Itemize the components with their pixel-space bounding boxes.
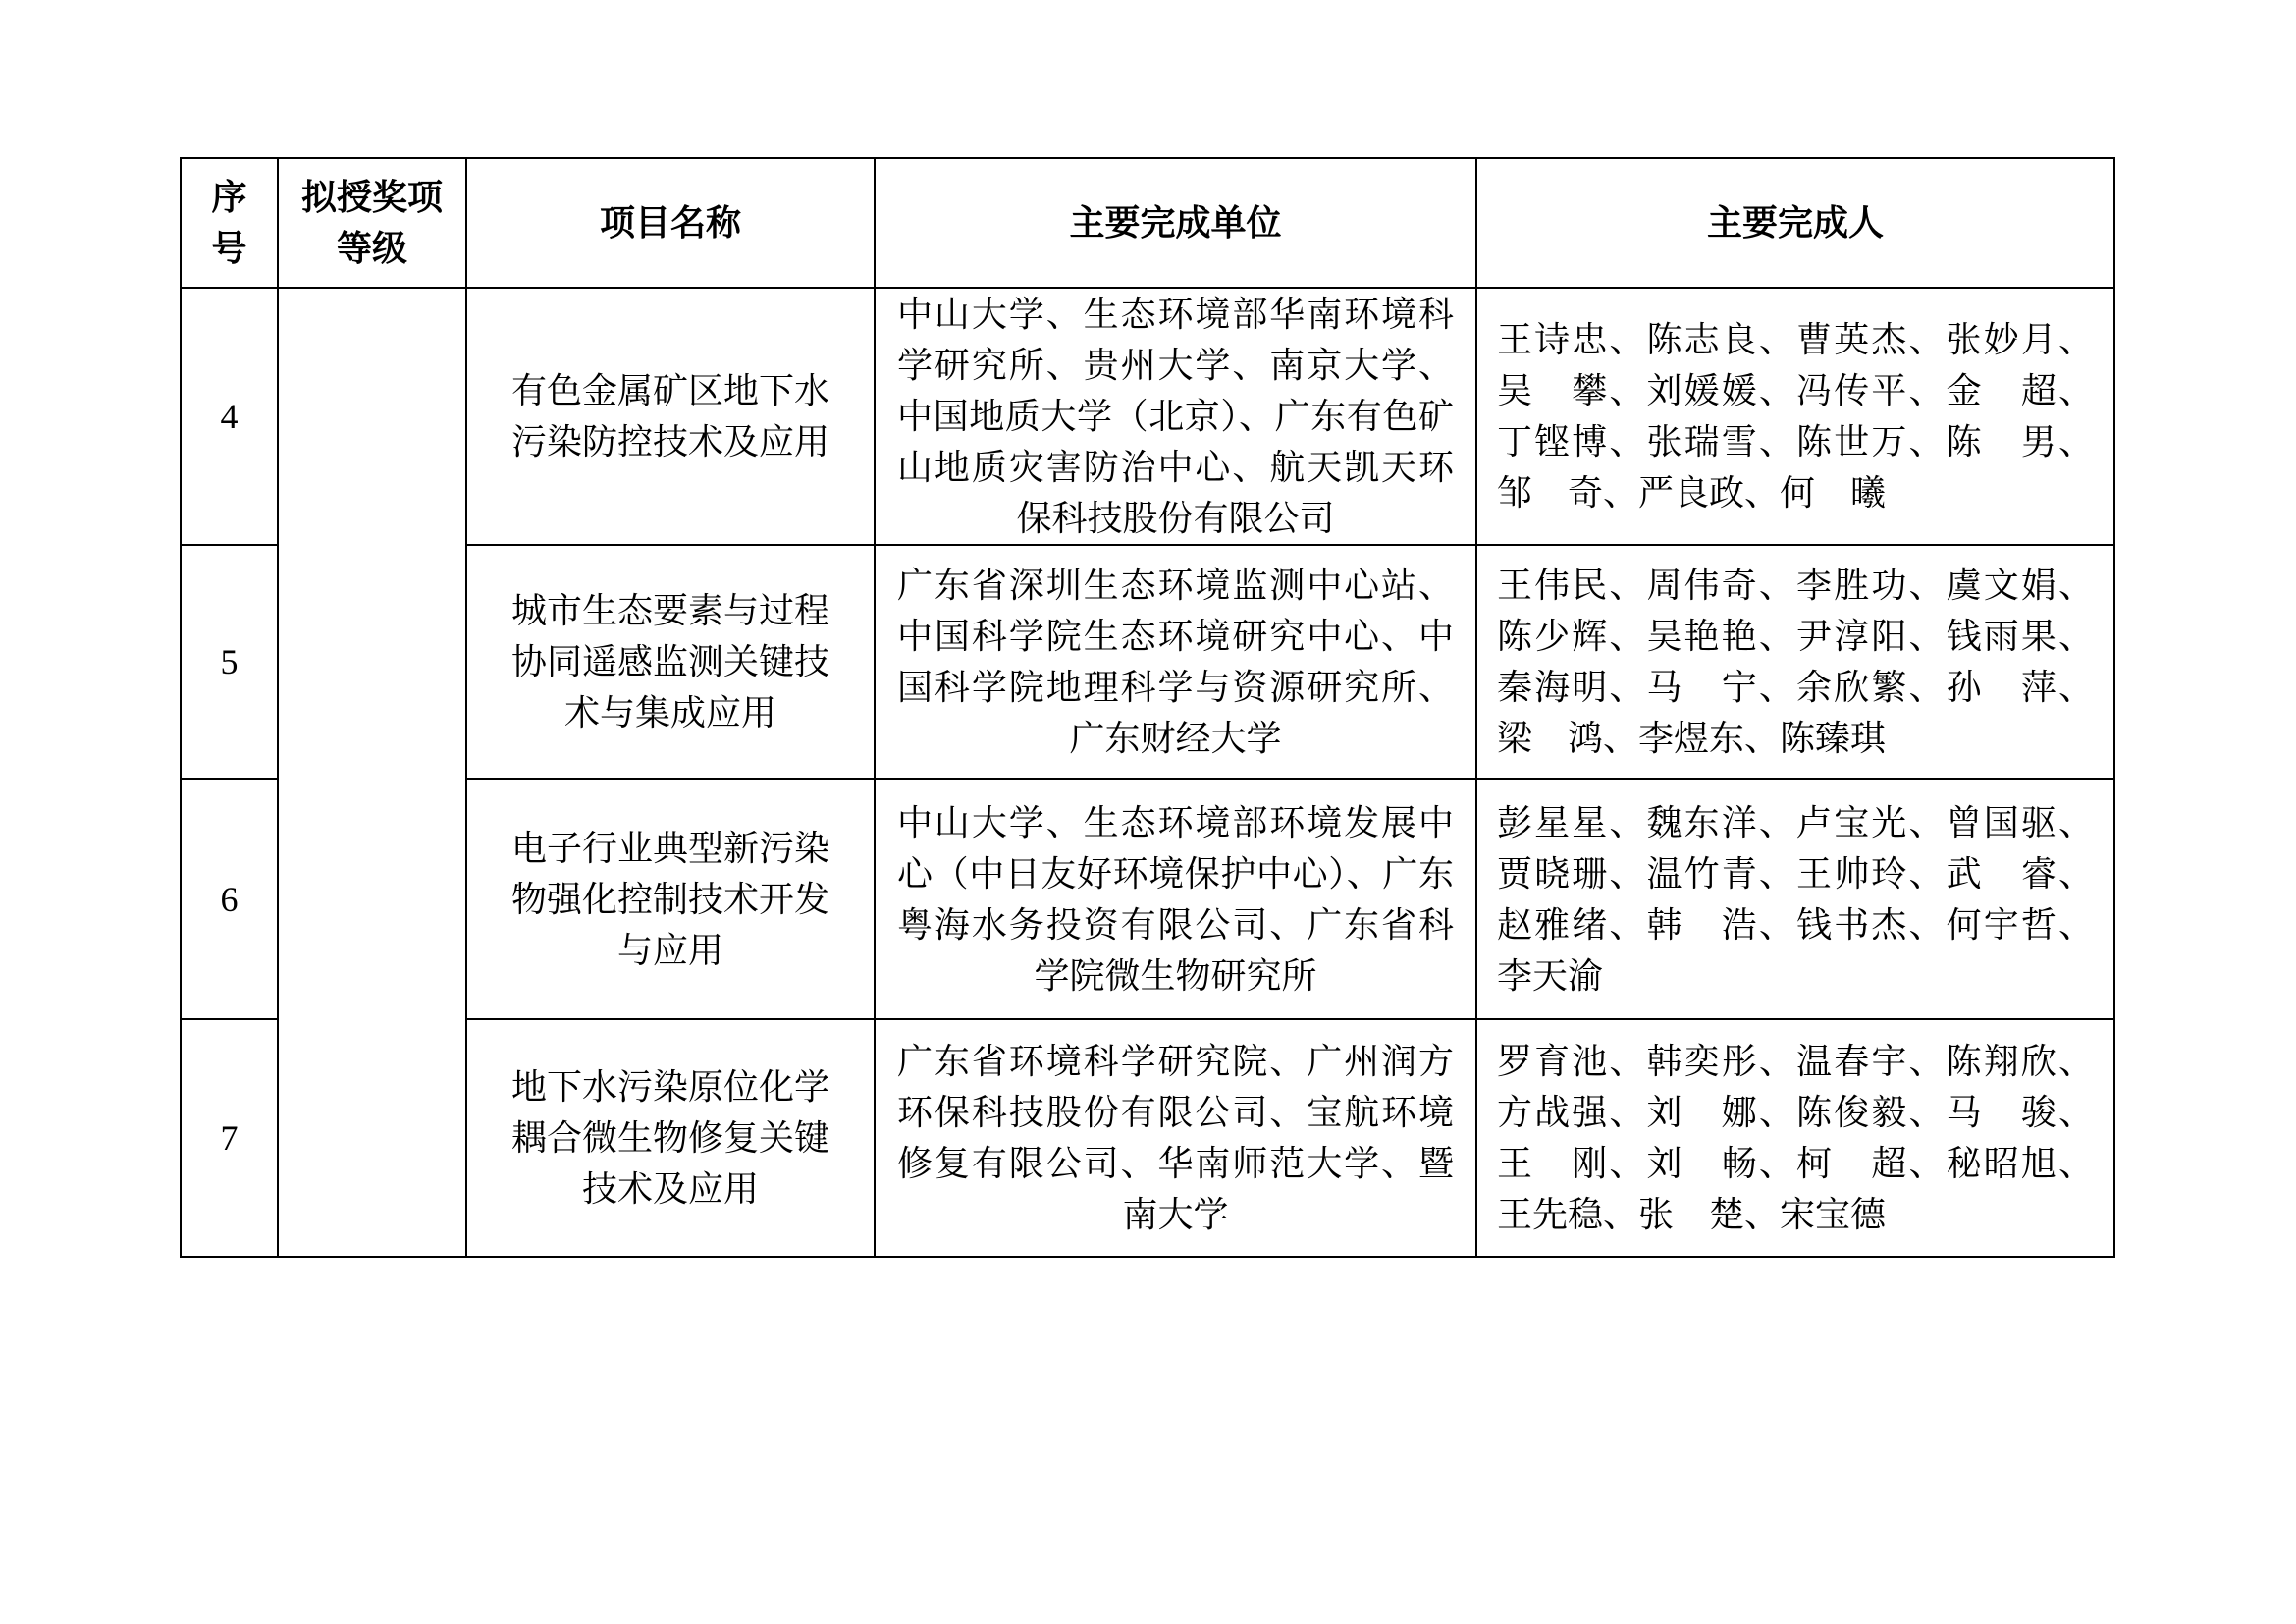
project-name-cell: 地下水污染原位化学耦合微生物修复关键技术及应用 [466,1019,875,1257]
document-page: 序号 拟授奖项等级 项目名称 主要完成单位 主要完成人 4 有色金属矿区地下水污… [0,0,2296,1624]
header-cell-main-units: 主要完成单位 [875,158,1476,288]
project-name-cell: 有色金属矿区地下水污染防控技术及应用 [466,288,875,545]
row-index-cell: 7 [181,1019,278,1257]
row-index-cell: 6 [181,779,278,1019]
header-cell-project-name: 项目名称 [466,158,875,288]
table-row: 4 有色金属矿区地下水污染防控技术及应用 中山大学、生态环境部华南环境科学研究所… [181,288,2114,545]
main-units-cell: 广东省深圳生态环境监测中心站、中国科学院生态环境研究中心、中国科学院地理科学与资… [875,545,1476,779]
main-contributors-cell: 罗育池、韩奕彤、温春宇、陈翔欣、方战强、刘 娜、陈俊毅、马 骏、王 刚、刘 畅、… [1476,1019,2114,1257]
project-name-cell: 城市生态要素与过程协同遥感监测关键技术与集成应用 [466,545,875,779]
header-cell-award-level: 拟授奖项等级 [278,158,466,288]
table-row: 5 城市生态要素与过程协同遥感监测关键技术与集成应用 广东省深圳生态环境监测中心… [181,545,2114,779]
table-row: 7 地下水污染原位化学耦合微生物修复关键技术及应用 广东省环境科学研究院、广州润… [181,1019,2114,1257]
award-level-merged-cell [278,288,466,1257]
main-units-cell: 中山大学、生态环境部环境发展中心（中日友好环境保护中心）、广东粤海水务投资有限公… [875,779,1476,1019]
main-contributors-cell: 彭星星、魏东洋、卢宝光、曾国驱、贾晓珊、温竹青、王帅玲、武 睿、赵雅绪、韩 浩、… [1476,779,2114,1019]
main-contributors-cell: 王诗忠、陈志良、曹英杰、张妙月、吴 攀、刘媛媛、冯传平、金 超、丁铿博、张瑞雪、… [1476,288,2114,545]
main-contributors-cell: 王伟民、周伟奇、李胜功、虞文娟、陈少辉、吴艳艳、尹淳阳、钱雨果、秦海明、马 宁、… [1476,545,2114,779]
main-units-cell: 广东省环境科学研究院、广州润方环保科技股份有限公司、宝航环境修复有限公司、华南师… [875,1019,1476,1257]
main-units-cell: 中山大学、生态环境部华南环境科学研究所、贵州大学、南京大学、中国地质大学（北京）… [875,288,1476,545]
award-projects-table: 序号 拟授奖项等级 项目名称 主要完成单位 主要完成人 4 有色金属矿区地下水污… [180,157,2115,1258]
header-cell-main-contributors: 主要完成人 [1476,158,2114,288]
header-row: 序号 拟授奖项等级 项目名称 主要完成单位 主要完成人 [181,158,2114,288]
project-name-cell: 电子行业典型新污染物强化控制技术开发与应用 [466,779,875,1019]
table-row: 6 电子行业典型新污染物强化控制技术开发与应用 中山大学、生态环境部环境发展中心… [181,779,2114,1019]
row-index-cell: 4 [181,288,278,545]
row-index-cell: 5 [181,545,278,779]
header-cell-index: 序号 [181,158,278,288]
